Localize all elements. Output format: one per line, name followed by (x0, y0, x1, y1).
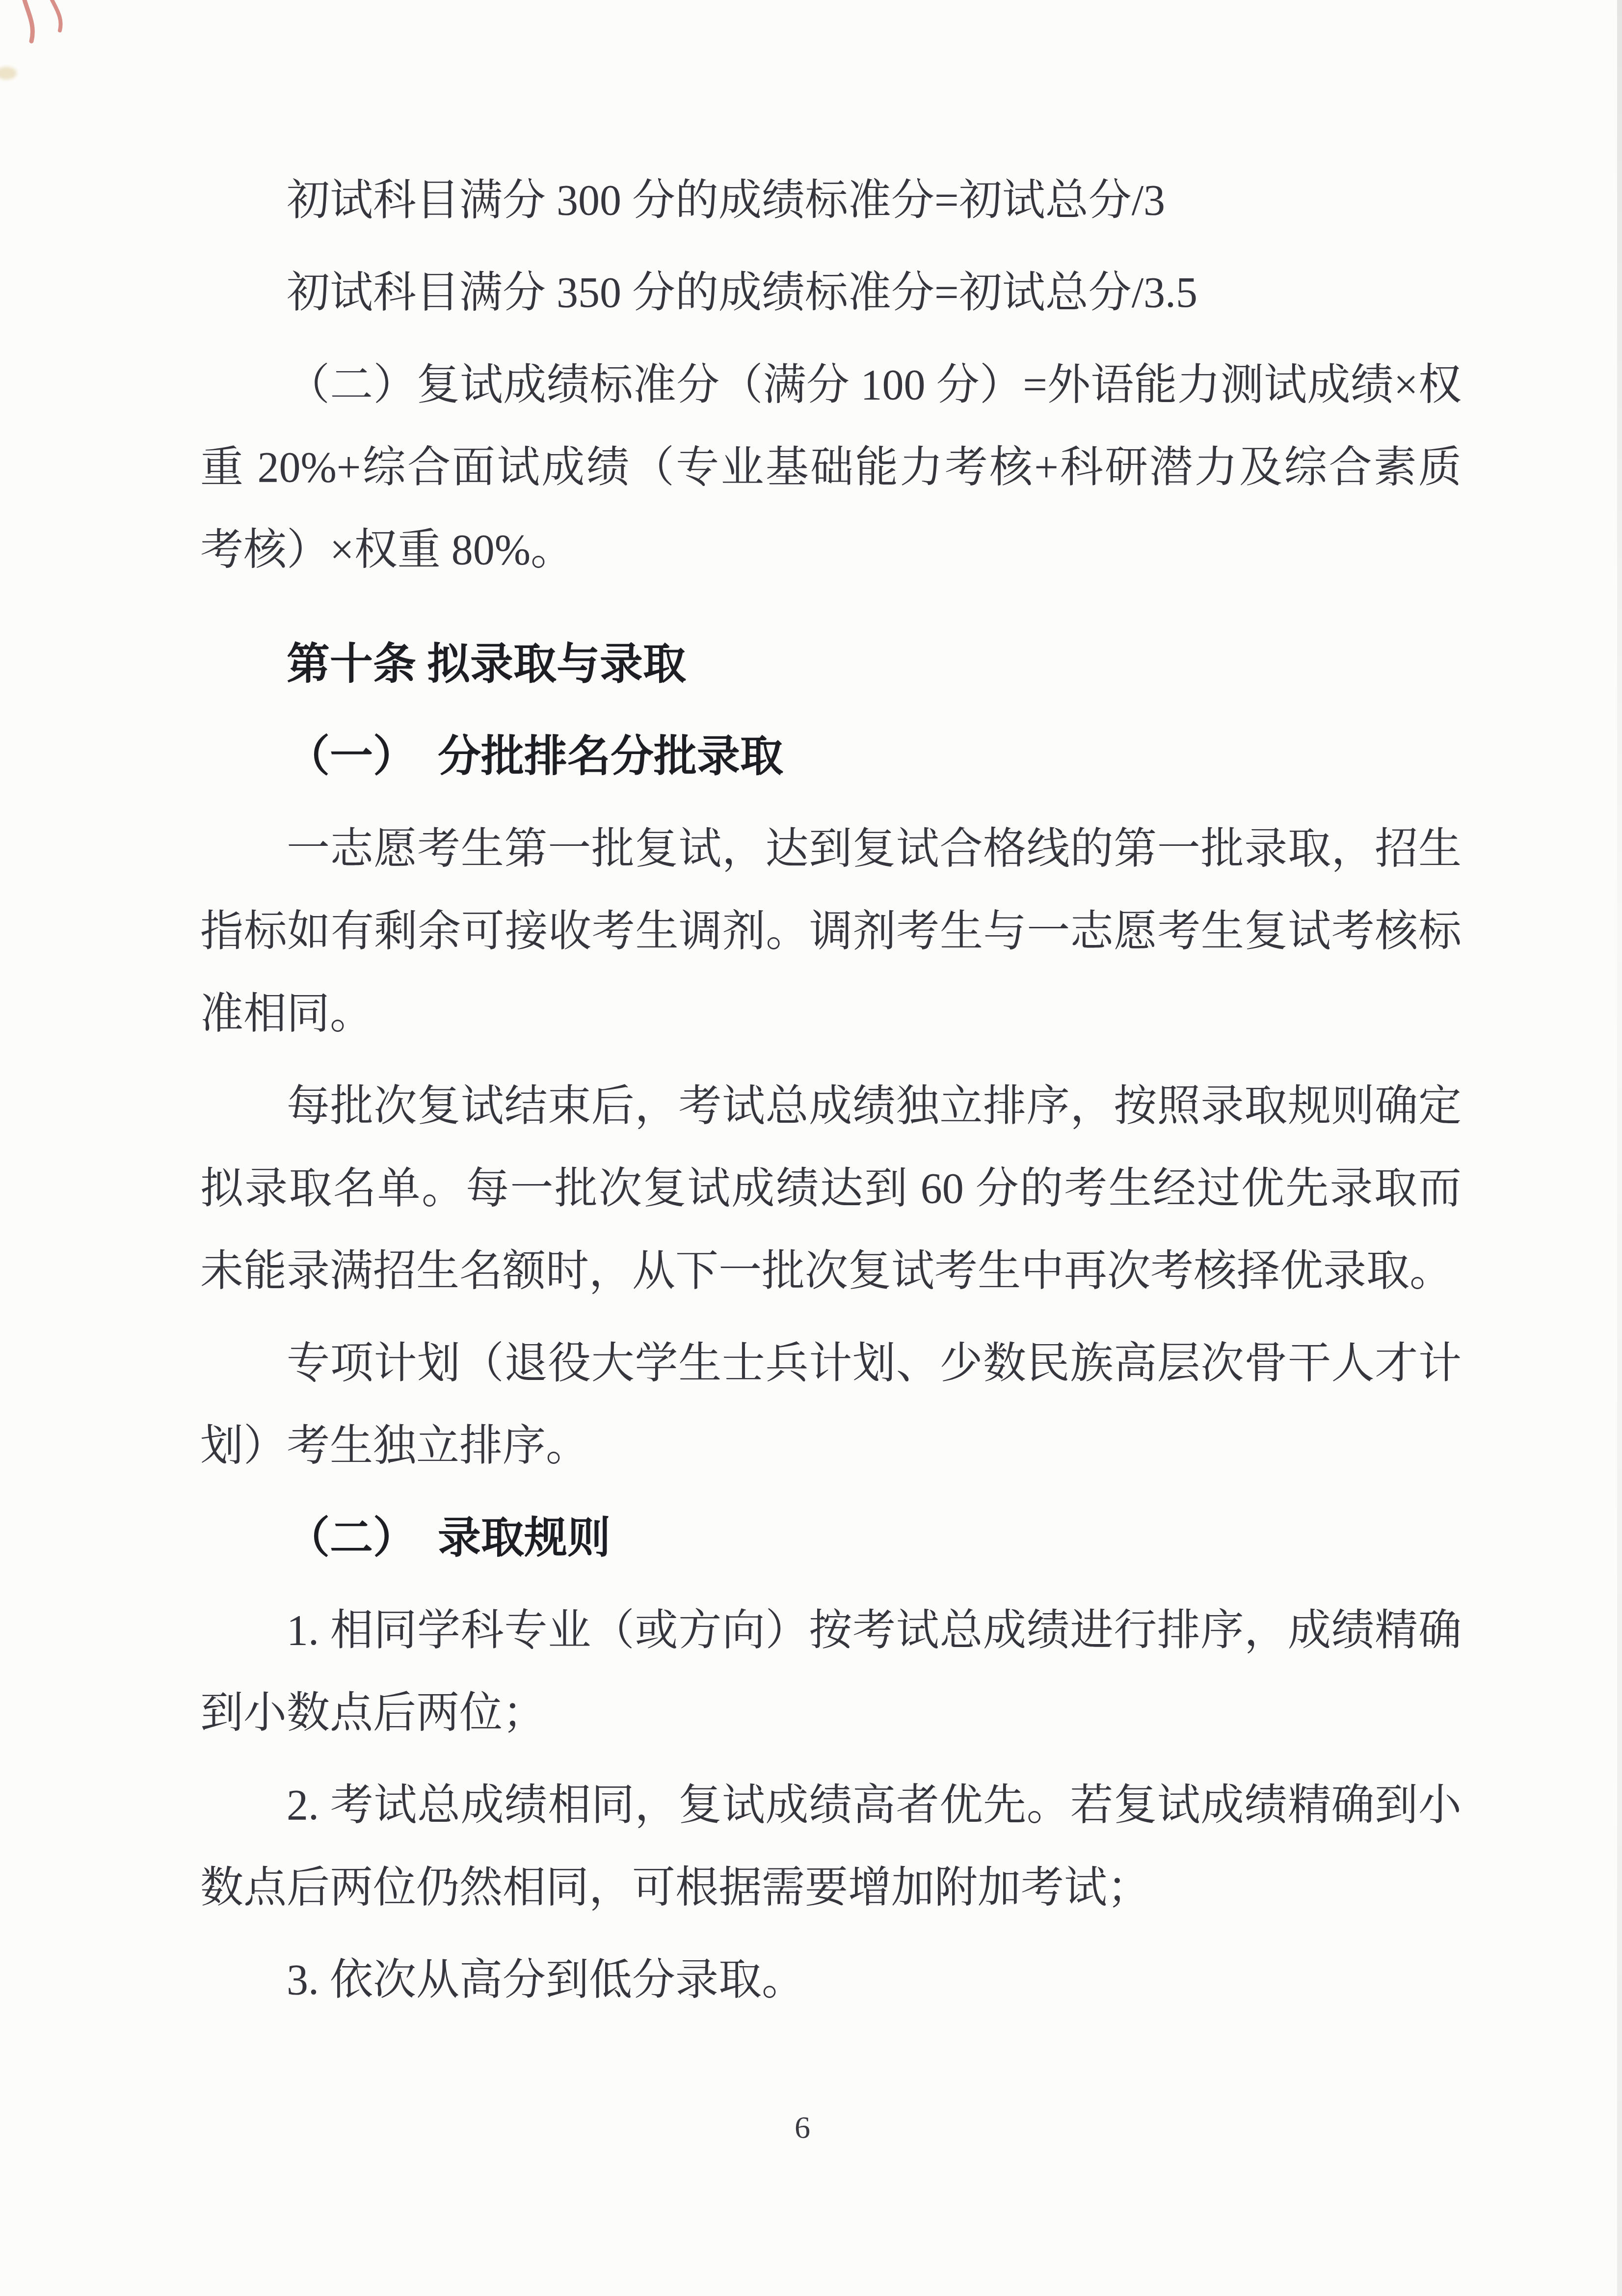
formula-line-300: 初试科目满分 300 分的成绩标准分=初试总分/3 (200, 160, 1462, 242)
formula-line-350: 初试科目满分 350 分的成绩标准分=初试总分/3.5 (200, 252, 1462, 334)
heading-section-1: （一） 分批排名分批录取 (200, 716, 1462, 798)
scan-smudge (0, 67, 17, 80)
scan-edge-shading (1617, 0, 1622, 2296)
red-pen-mark (14, 0, 97, 47)
paragraph-batch-admission: 每批次复试结束后，考试总成绩独立排序，按照录取规则确定拟录取名单。每一批次复试成… (200, 1065, 1462, 1313)
rule-item-2: 2. 考试总成绩相同，复试成绩高者优先。若复试成绩精确到小数点后两位仍然相同，可… (200, 1764, 1462, 1929)
rule-item-3: 3. 依次从高分到低分录取。 (200, 1939, 1462, 2022)
heading-section-2: （二） 录取规则 (200, 1497, 1462, 1580)
paragraph-special-plans: 专项计划（退役大学生士兵计划、少数民族高层次骨干人才计划）考生独立排序。 (200, 1323, 1462, 1487)
rule-item-1: 1. 相同学科专业（或方向）按考试总成绩进行排序，成绩精确到小数点后两位； (200, 1590, 1462, 1755)
document-page: 初试科目满分 300 分的成绩标准分=初试总分/3 初试科目满分 350 分的成… (0, 0, 1622, 2296)
paragraph-batch-order: 一志愿考生第一批复试，达到复试合格线的第一批录取，招生指标如有剩余可接收考生调剂… (200, 808, 1462, 1055)
paragraph-retest-score-formula: （二）复试成绩标准分（满分 100 分）=外语能力测试成绩×权重 20%+综合面… (200, 344, 1462, 592)
page-content: 初试科目满分 300 分的成绩标准分=初试总分/3 初试科目满分 350 分的成… (200, 160, 1462, 2031)
page-number: 6 (0, 2110, 1605, 2145)
heading-article-10: 第十条 拟录取与录取 (200, 623, 1462, 706)
